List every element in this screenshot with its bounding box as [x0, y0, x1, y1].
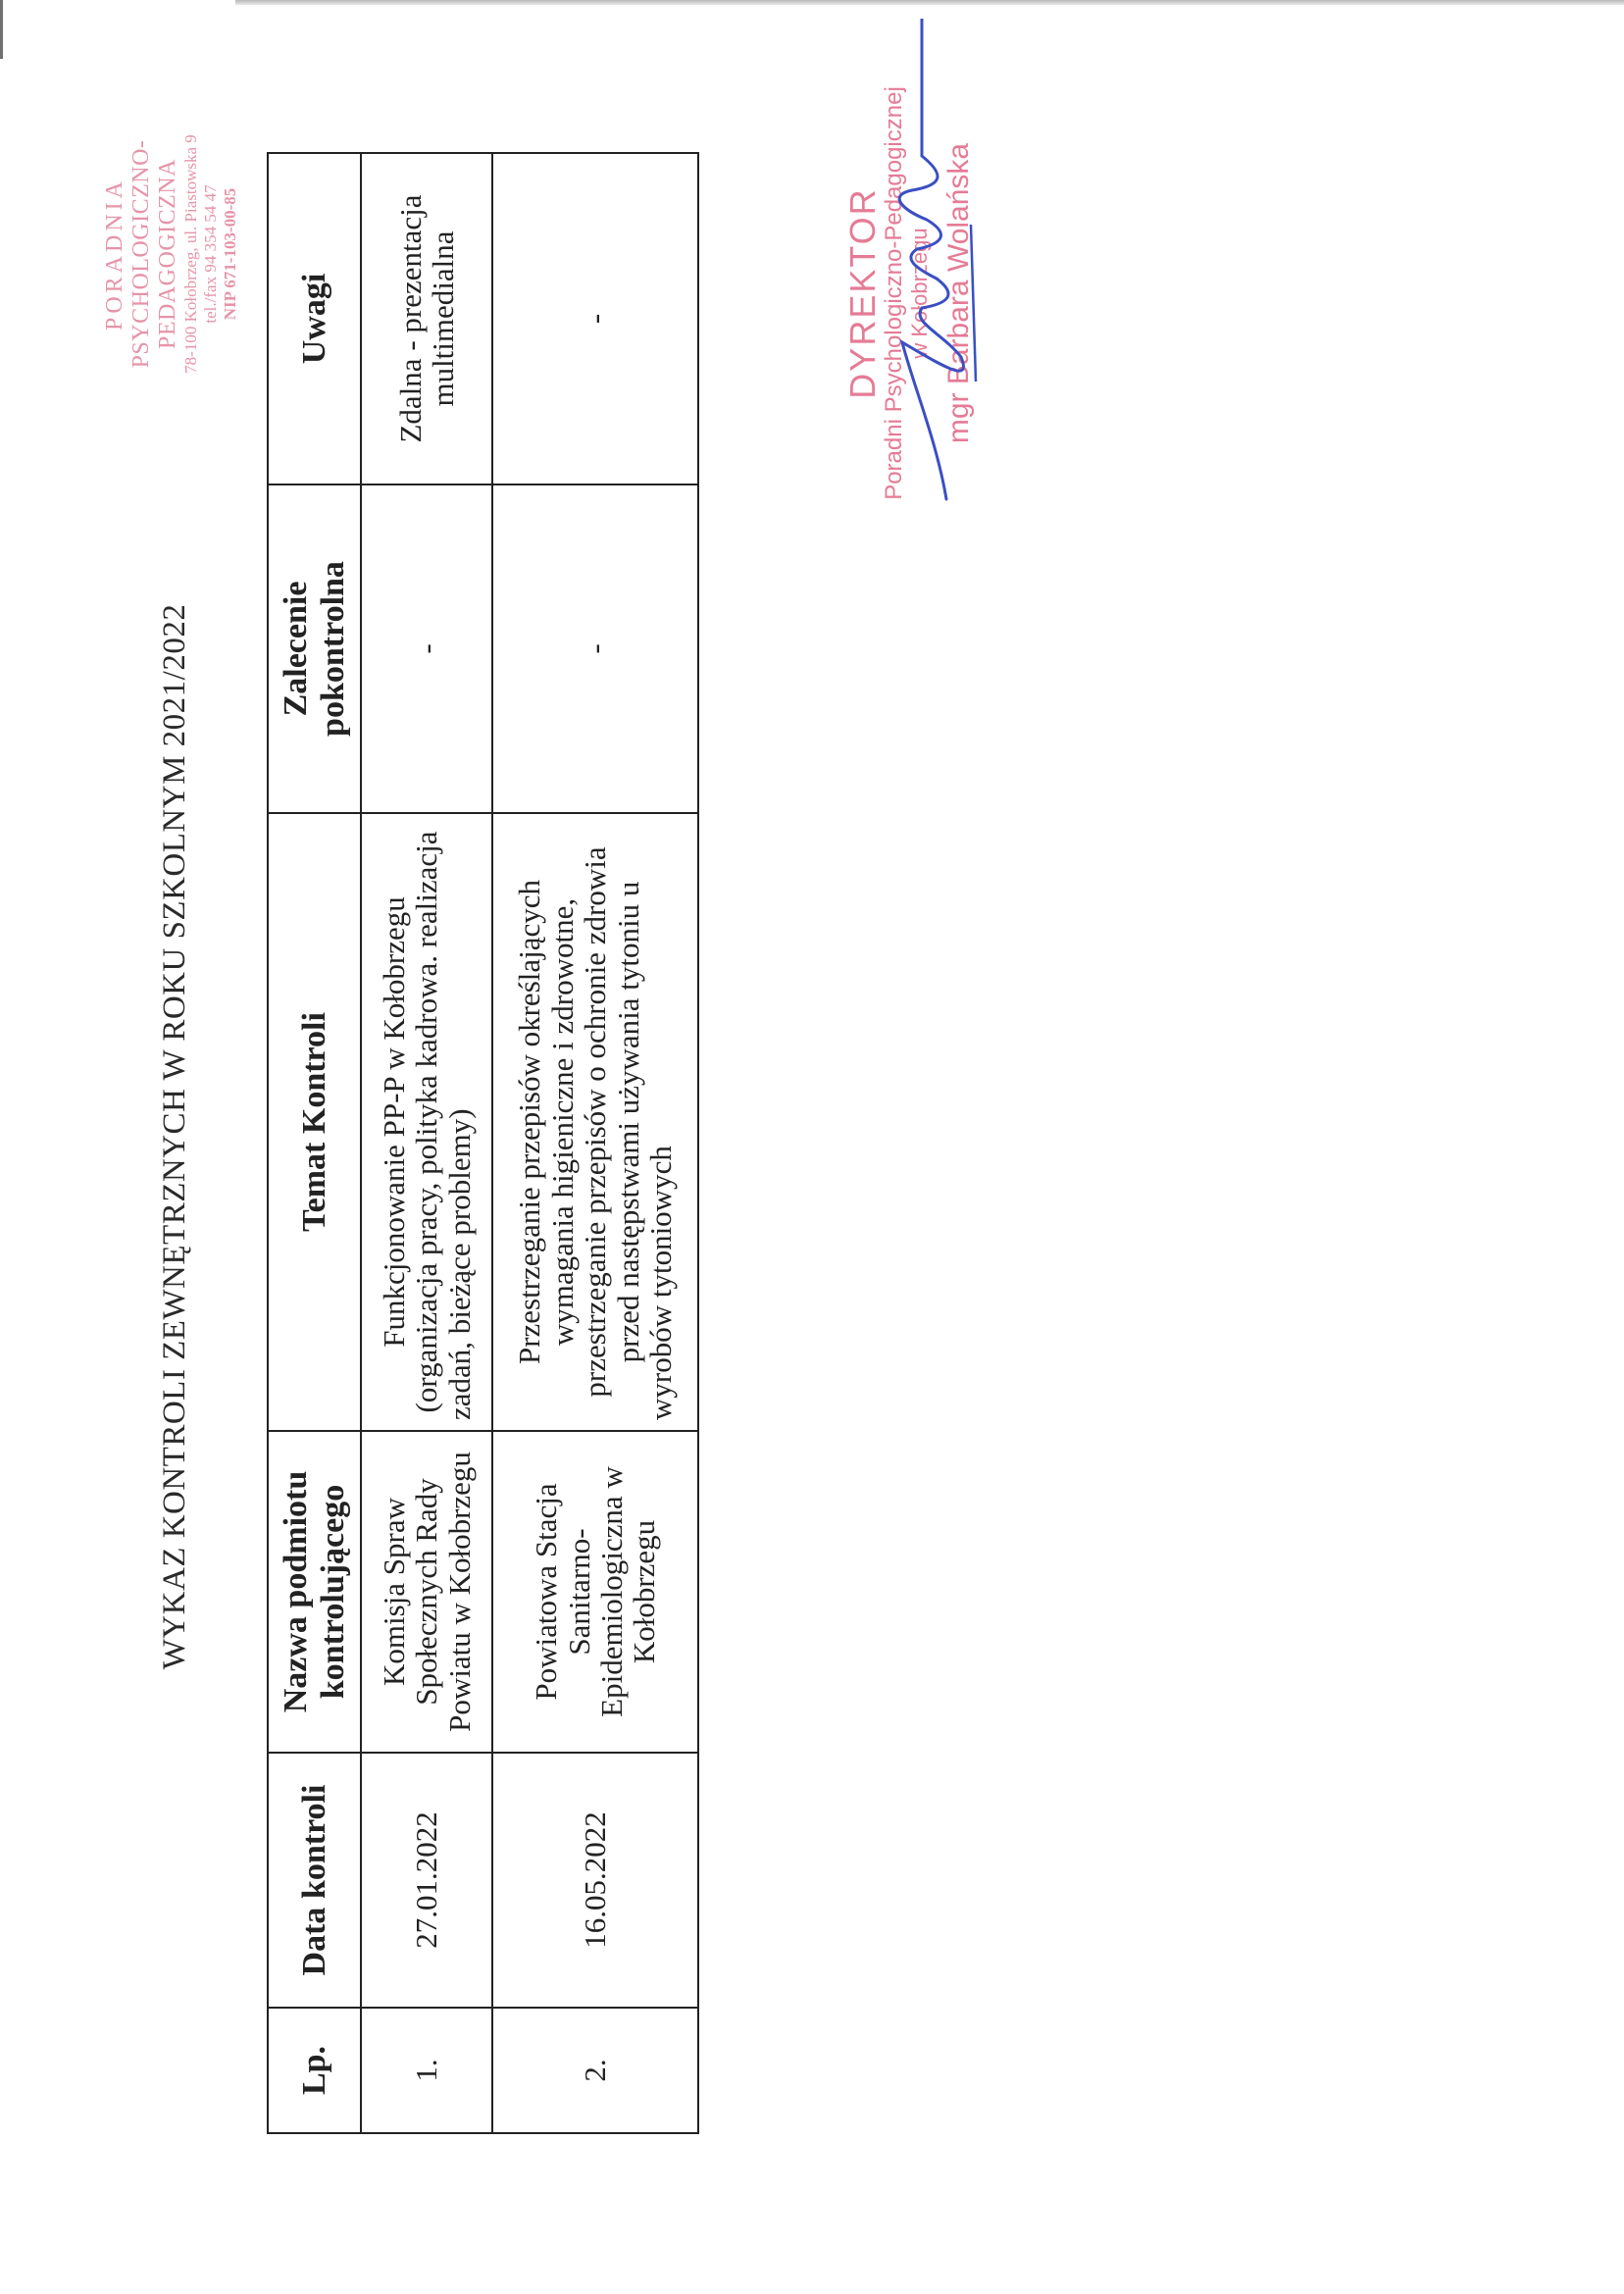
header-lp: Lp.: [268, 2008, 361, 2133]
cell-data: 27.01.2022: [361, 1753, 492, 2008]
cell-lp: 2.: [492, 2008, 698, 2133]
table-header-row: Lp. Data kontroli Nazwa podmiotu kontrol…: [268, 153, 361, 2133]
stamp-line: PSYCHOLOGICZNO-PEDAGOGICZNA: [128, 48, 181, 460]
stamp-line: NIP 671-103-00-85: [221, 48, 240, 460]
cell-lp: 1.: [361, 2008, 492, 2133]
cell-temat: Przestrzeganie przepisów określających w…: [492, 813, 698, 1431]
cell-zalecenie: -: [492, 484, 698, 813]
header-zalecenie: Zalecenie pokontrolna: [268, 484, 361, 813]
header-data: Data kontroli: [268, 1753, 361, 2008]
stamp-line: 78-100 Kołobrzeg, ul. Piastowska 9: [181, 48, 201, 460]
signature-icon: [843, 19, 990, 529]
table-row: 1. 27.01.2022 Komisja Spraw Społecznych …: [361, 153, 492, 2133]
header-nazwa: Nazwa podmiotu kontrolującego: [268, 1431, 361, 1753]
stamp-line: tel./fax 94 354 54 47: [201, 48, 221, 460]
cell-data: 16.05.2022: [492, 1753, 698, 2008]
cell-zalecenie: -: [361, 484, 492, 813]
table-row: 2. 16.05.2022 Powiatowa Stacja Sanitarno…: [492, 153, 698, 2133]
document-title: WYKAZ KONTROLI ZEWNĘTRZNYCH W ROKU SZKOL…: [157, 587, 193, 1686]
cell-temat: Funkcjonowanie PP-P w Kołobrzegu (organi…: [361, 813, 492, 1431]
institution-stamp: PORADNIA PSYCHOLOGICZNO-PEDAGOGICZNA 78-…: [102, 48, 240, 460]
stamp-line: PORADNIA: [102, 48, 128, 460]
cell-nazwa: Komisja Spraw Społecznych Rady Powiatu w…: [361, 1431, 492, 1753]
cell-uwagi: -: [492, 153, 698, 484]
document-page: WYKAZ KONTROLI ZEWNĘTRZNYCH W ROKU SZKOL…: [0, 0, 1624, 2294]
cell-nazwa: Powiatowa Stacja Sanitarno-Epidemiologic…: [492, 1431, 698, 1753]
cell-uwagi: Zdalna - prezentacja multimedialna: [361, 153, 492, 484]
header-temat: Temat Kontroli: [268, 813, 361, 1431]
header-uwagi: Uwagi: [268, 153, 361, 484]
controls-table: Lp. Data kontroli Nazwa podmiotu kontrol…: [267, 152, 699, 2134]
